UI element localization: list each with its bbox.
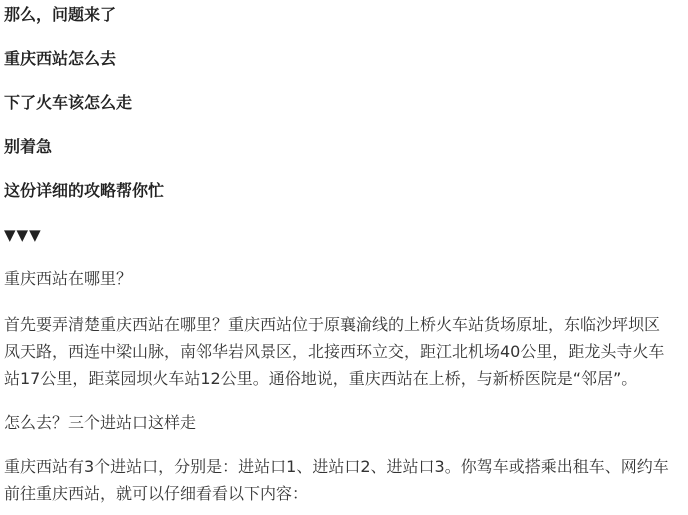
paragraph-line: 前往重庆西站，就可以仔细看看以下内容： xyxy=(4,480,676,507)
entrances-paragraph: 重庆西站有3个进站口，分别是：进站口1、进站口2、进站口3。你驾车或搭乘出租车、… xyxy=(4,453,676,507)
paragraph-line: 重庆西站有3个进站口，分别是：进站口1、进站口2、进站口3。你驾车或搭乘出租车、… xyxy=(4,453,676,480)
section-heading-entrances: 怎么去？三个进站口这样走 xyxy=(4,413,196,433)
paragraph-line: 凤天路，西连中梁山脉，南邻华岩风景区，北接西环立交，距江北机场40公里，距龙头寺… xyxy=(4,338,676,365)
intro-line: 别着急 xyxy=(4,137,52,157)
intro-line: 重庆西站怎么去 xyxy=(4,49,116,69)
intro-line: 下了火车该怎么走 xyxy=(4,93,132,113)
intro-line: 这份详细的攻略帮你忙 xyxy=(4,181,164,201)
intro-line: 那么，问题来了 xyxy=(4,5,116,25)
section-heading-location: 重庆西站在哪里？ xyxy=(4,269,132,289)
location-paragraph: 首先要弄清楚重庆西站在哪里？重庆西站位于原襄渝线的上桥火车站货场原址，东临沙坪坝… xyxy=(4,311,676,392)
paragraph-line: 站17公里，距菜园坝火车站12公里。通俗地说，重庆西站在上桥，与新桥医院是“邻居… xyxy=(4,365,676,392)
paragraph-line: 首先要弄清楚重庆西站在哪里？重庆西站位于原襄渝线的上桥火车站货场原址，东临沙坪坝… xyxy=(4,311,676,338)
down-arrows-icon: ▼▼▼ xyxy=(4,225,42,245)
